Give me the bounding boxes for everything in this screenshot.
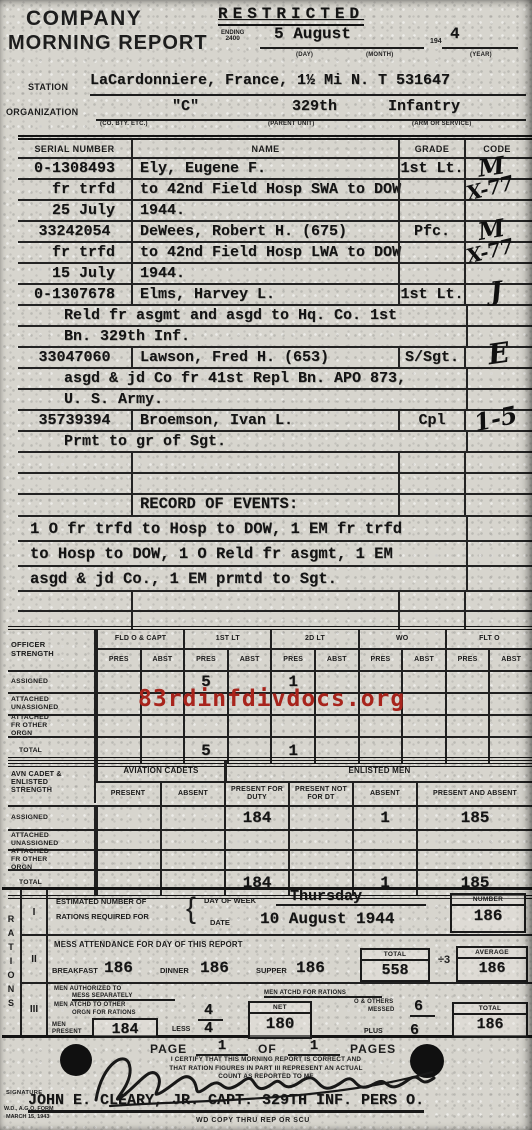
rations-row-mess-attendance: MESS ATTENDANCE FOR DAY OF THIS REPORT B…: [48, 936, 532, 984]
org-arm-value: Infantry: [388, 98, 460, 115]
grade-empty: [398, 201, 464, 220]
row-label: ASSIGNED: [11, 678, 48, 686]
others-messed-value: 6: [410, 998, 435, 1017]
average-box: AVERAGE 186: [456, 946, 528, 982]
col-present-and-absent: PRESENT AND ABSENT: [416, 783, 532, 805]
blank-cell: [466, 567, 530, 590]
row-label: ATTACHED UNASSIGNED: [11, 832, 57, 848]
dinner-value: 186: [200, 959, 229, 977]
breakfast-value: 186: [104, 959, 133, 977]
row-label: TOTAL: [11, 747, 42, 755]
officer-value: [445, 694, 489, 714]
officer-strength-label: OFFICER STRENGTH: [11, 641, 66, 658]
events-line-row: asgd & jd Co., 1 EM prmtd to Sgt.: [18, 567, 532, 592]
net-value: 180: [250, 1014, 310, 1033]
remarks-text: Prmt to gr of Sgt.: [18, 432, 466, 451]
header-grade: GRADE: [398, 140, 464, 157]
grade-empty: [398, 243, 464, 262]
blank-cell: [398, 592, 464, 610]
blank-cell: [398, 474, 464, 493]
others-messed-label-2: MESSED: [368, 1007, 395, 1013]
rations-section: RATIONS I II III ESTIMATED NUMBER OF RAT…: [2, 887, 532, 1038]
report-date-field: 5 August: [260, 25, 424, 49]
serial-number: 0-1308493: [18, 159, 133, 178]
code-cell: [466, 432, 530, 451]
officer-value: [401, 716, 445, 736]
enlisted-value: 184: [224, 807, 288, 829]
abst-label: ABST: [401, 650, 445, 670]
roster-row-remarks: Bn. 329th Inf.: [18, 327, 532, 348]
officer-value: [488, 672, 532, 692]
officer-value: [314, 716, 358, 736]
rations-date-value: 10 August 1944: [260, 910, 394, 928]
group-flt-o: FLT O: [447, 630, 532, 650]
officer-strength-corner: OFFICER STRENGTH: [8, 630, 96, 670]
rations-numeral-3: III: [22, 984, 46, 1035]
average-value: 186: [458, 959, 526, 977]
form-print-line-2: MARCH 15, 1943: [6, 1114, 49, 1120]
col-present-not-for-dt: PRESENT NOT FOR DT: [288, 783, 352, 805]
estimated-label-1: ESTIMATED NUMBER OF: [56, 897, 146, 906]
serial-number: 33047060: [18, 348, 133, 367]
enlisted-strength-table: AVN CADET & ENLISTED STRENGTH AVIATION C…: [8, 757, 532, 899]
ending-time: 2400: [221, 36, 244, 43]
enlisted-value: 185: [416, 807, 532, 829]
pres-label: PRES: [272, 650, 314, 670]
roster-row-entry: 35739394 Broemson, Ivan L. Cpl 1-5: [18, 411, 532, 432]
enlisted-value: [416, 851, 532, 869]
continuation-left: fr trfd: [18, 180, 133, 199]
roster-row-entry: 0-1307678 Elms, Harvey L. 1st Lt. J: [18, 285, 532, 306]
col-absent: ABSENT: [160, 783, 224, 805]
roster-row-remarks: U. S. Army.: [18, 390, 532, 411]
org-company-value: "C": [172, 98, 199, 115]
classification-stamp: RESTRICTED: [218, 5, 364, 26]
station-value: LaCardonniere, France, 1½ Mi N. T 531647: [90, 72, 450, 89]
officer-value: [140, 716, 184, 736]
officer-value: [401, 672, 445, 692]
code-cell: X-77: [464, 243, 528, 262]
atchd-other-label-2: ORGN FOR RATIONS: [72, 1010, 136, 1016]
estimated-label-2: RATIONS REQUIRED FOR: [56, 912, 149, 921]
blank-cell: [18, 453, 133, 472]
roster-row-remarks: Prmt to gr of Sgt.: [18, 432, 532, 453]
ending-label-block: ENDING 2400: [221, 30, 244, 43]
remarks-text: U. S. Army.: [18, 390, 466, 409]
continuation-text: to 42nd Field Hosp LWA to DOW: [133, 243, 398, 262]
organization-label: ORGANIZATION: [6, 107, 78, 117]
blank-cell: [133, 453, 398, 472]
abst-label: ABST: [227, 650, 271, 670]
auth-label-2: MESS SEPARATELY: [72, 993, 175, 1001]
row-label: ATTACHED FR OTHER ORGN: [11, 714, 57, 737]
org-arm-sublabel: (ARM OR SERVICE): [412, 121, 471, 127]
roster-row-blank: [18, 474, 532, 495]
enlisted-strength-label: AVN CADET & ENLISTED STRENGTH: [11, 770, 71, 795]
enlisted-value: [224, 831, 288, 849]
roster-row-entry: 33047060 Lawson, Fred H. (653) S/Sgt. E: [18, 348, 532, 369]
code-cell: 1-5: [464, 411, 528, 430]
abst-label: ABST: [314, 650, 358, 670]
enlisted-value: [288, 831, 352, 849]
enlisted-value: [96, 851, 160, 869]
officer-value: [227, 716, 271, 736]
less-label: LESS: [172, 1026, 190, 1033]
form-print-line-1: W.D., A.G.O. FORM: [4, 1106, 54, 1112]
soldier-name: Ely, Eugene F.: [133, 159, 398, 178]
blank-cell: [18, 495, 133, 515]
number-box: NUMBER 186: [450, 893, 526, 933]
serial-number: 35739394: [18, 411, 133, 430]
rations-total-box: TOTAL 186: [452, 1002, 528, 1038]
events-line: asgd & jd Co., 1 EM prmtd to Sgt.: [18, 567, 466, 590]
officer-value: [96, 672, 140, 692]
code-cell: X-77: [464, 180, 528, 199]
continuation-text: 1944.: [133, 201, 398, 220]
plus-label: PLUS: [364, 1028, 383, 1035]
group-aviation-cadets: AVIATION CADETS: [96, 761, 224, 781]
total-box: TOTAL 558: [360, 948, 430, 982]
officer-value: [270, 716, 314, 736]
enlisted-value: [288, 851, 352, 869]
year-field: 4: [442, 25, 518, 49]
number-label: NUMBER: [452, 895, 524, 906]
org-parent-value: 329th: [292, 98, 337, 115]
rations-numeral-2: II: [22, 936, 46, 984]
code-cell: [466, 306, 530, 325]
row-label: ATTACHED FR OTHER ORGN: [11, 848, 57, 871]
enlisted-value: [352, 831, 416, 849]
row-label: TOTAL: [11, 879, 42, 887]
grade: S/Sgt.: [398, 348, 464, 367]
morning-report-document: COMPANY MORNING REPORT RESTRICTED ENDING…: [0, 0, 532, 1130]
blank-cell: [18, 474, 133, 493]
roster-header-row: SERIAL NUMBER NAME GRADE CODE: [18, 140, 532, 159]
code-cell: [466, 369, 530, 388]
year-prefix: 194: [430, 38, 442, 45]
title-company: COMPANY: [26, 7, 142, 31]
mess-total-label: TOTAL: [362, 950, 428, 961]
enlisted-row-attached-fr-other: ATTACHED FR OTHER ORGN: [8, 851, 532, 871]
officer-value: [445, 672, 489, 692]
roster-table: SERIAL NUMBER NAME GRADE CODE 0-1308493 …: [18, 135, 532, 629]
blank-cell: [466, 542, 530, 565]
month-label: (MONTH): [366, 52, 393, 58]
events-line: 1 O fr trfd to Hosp to DOW, 1 EM fr trfd: [18, 517, 466, 540]
officer-value: [96, 716, 140, 736]
serial-number: 33242054: [18, 222, 133, 241]
atchd-other-value: 4: [198, 1002, 223, 1021]
officer-row-attached-fr-other: ATTACHED FR OTHER ORGN: [8, 716, 532, 738]
pres-label: PRES: [185, 650, 227, 670]
officer-value: [358, 716, 402, 736]
men-present-box: 184: [92, 1018, 158, 1038]
less-value: 4: [204, 1020, 213, 1037]
handwritten-code: E: [486, 339, 511, 370]
rations-vertical-label: RATIONS: [6, 914, 16, 1012]
officer-value: [488, 716, 532, 736]
enlisted-value: [224, 851, 288, 869]
enlisted-value: [96, 807, 160, 829]
code-cell: E: [464, 348, 528, 367]
roster-row-continuation: fr trfd to 42nd Field Hosp LWA to DOW X-…: [18, 243, 532, 264]
enlisted-value: [160, 831, 224, 849]
roster-row-continuation: 15 July 1944.: [18, 264, 532, 285]
record-of-events-title: RECORD OF EVENTS:: [133, 495, 398, 515]
pres-label: PRES: [447, 650, 489, 670]
grade: 1st Lt.: [398, 159, 464, 178]
roster-row-continuation: 25 July 1944.: [18, 201, 532, 222]
enlisted-value: [288, 807, 352, 829]
enlisted-value: [416, 831, 532, 849]
abst-label: ABST: [488, 650, 532, 670]
year-value: 4: [442, 25, 460, 43]
station-label: STATION: [28, 82, 68, 92]
blank-cell: [464, 495, 528, 515]
divisor: ÷3: [438, 954, 450, 966]
soldier-name: Lawson, Fred H. (653): [133, 348, 398, 367]
serial-number: 0-1307678: [18, 285, 133, 304]
officer-value: [445, 716, 489, 736]
group-wo: WO: [360, 630, 445, 650]
events-blank-row: [18, 592, 532, 612]
rations-row-men-messed: MEN AUTHORIZED TO MESS SEPARATELY MEN AT…: [48, 984, 532, 1035]
roster-row-blank: [18, 453, 532, 474]
mess-attendance-label: MESS ATTENDANCE FOR DAY OF THIS REPORT: [54, 940, 243, 949]
blank-cell: [466, 517, 530, 540]
grade-empty: [398, 180, 464, 199]
col-present: PRESENT: [96, 783, 160, 805]
code-cell: J: [464, 285, 528, 304]
record-of-events-title-row: RECORD OF EVENTS:: [18, 495, 532, 517]
events-line: to Hosp to DOW, 1 O Reld fr asgmt, 1 EM: [18, 542, 466, 565]
header-name: NAME: [133, 140, 398, 157]
net-box: NET 180: [248, 1001, 312, 1039]
average-label: AVERAGE: [458, 948, 526, 959]
row-label: ASSIGNED: [11, 814, 48, 822]
enlisted-row-assigned: ASSIGNED 184 1 185: [8, 807, 532, 831]
blank-cell: [133, 592, 398, 610]
officer-value: [488, 694, 532, 714]
roster-row-remarks: Reld fr asgmt and asgd to Hq. Co. 1st: [18, 306, 532, 327]
row-label: ATTACHED UNASSIGNED: [11, 696, 57, 712]
remarks-text: Bn. 329th Inf.: [18, 327, 466, 346]
grade-empty: [398, 264, 464, 283]
events-line-row: 1 O fr trfd to Hosp to DOW, 1 EM fr trfd: [18, 517, 532, 542]
plus-value: 6: [410, 1022, 419, 1039]
handwritten-code: J: [489, 278, 504, 305]
org-parent-sublabel: (PARENT UNIT): [268, 121, 314, 127]
grade: Cpl: [398, 411, 464, 430]
others-messed-label-1: O & OTHERS: [354, 999, 393, 1005]
day-of-week-label: DAY OF WEEK: [204, 896, 256, 905]
men-present-label: MEN PRESENT: [52, 1022, 88, 1036]
rations-row-estimated: ESTIMATED NUMBER OF RATIONS REQUIRED FOR…: [48, 890, 532, 936]
enlisted-value: [96, 831, 160, 849]
rations-numeral-1: I: [22, 890, 46, 936]
rations-total-value: 186: [454, 1015, 526, 1033]
roster-row-entry: 33242054 DeWees, Robert H. (675) Pfc. M: [18, 222, 532, 243]
day-underline: [276, 890, 426, 906]
atchd-other-label-1: MEN ATCHD TO OTHER: [54, 1002, 126, 1008]
supper-label: SUPPER: [256, 966, 287, 975]
events-line-row: to Hosp to DOW, 1 O Reld fr asgmt, 1 EM: [18, 542, 532, 567]
enlisted-row-attached-unassigned: ATTACHED UNASSIGNED: [8, 831, 532, 851]
roster-row-entry: 0-1308493 Ely, Eugene F. 1st Lt. M: [18, 159, 532, 180]
header-serial-number: SERIAL NUMBER: [18, 140, 133, 157]
auth-label-1: MEN AUTHORIZED TO: [54, 986, 121, 992]
number-value: 186: [452, 906, 524, 925]
blank-cell: [398, 453, 464, 472]
soldier-name: Elms, Harvey L.: [133, 285, 398, 304]
col-present-for-duty: PRESENT FOR DUTY: [224, 783, 288, 805]
roster-row-continuation: fr trfd to 42nd Field Hosp SWA to DOW X-…: [18, 180, 532, 201]
blank-cell: [18, 592, 133, 610]
blank-cell: [464, 453, 528, 472]
net-label: NET: [250, 1003, 310, 1014]
mess-total-value: 558: [362, 961, 428, 979]
enlisted-value: 1: [352, 807, 416, 829]
enlisted-value: [160, 807, 224, 829]
men-present-value: 184: [111, 1021, 138, 1038]
blank-cell: [464, 474, 528, 493]
blank-cell: [398, 495, 464, 515]
continuation-left: fr trfd: [18, 243, 133, 262]
watermark-text: 83rdinfdivdocs.org: [138, 686, 405, 712]
blank-cell: [464, 592, 528, 610]
blank-cell: [133, 474, 398, 493]
grade: Pfc.: [398, 222, 464, 241]
enlisted-value: [160, 851, 224, 869]
continuation-text: 1944.: [133, 264, 398, 283]
continuation-left: 15 July: [18, 264, 133, 283]
breakfast-label: BREAKFAST: [52, 966, 98, 975]
report-date-value: 5 August: [260, 25, 351, 43]
title-morning-report: MORNING REPORT: [8, 32, 208, 55]
supper-value: 186: [296, 959, 325, 977]
date-label: DATE: [210, 918, 230, 927]
bottom-distribution-note: WD COPY THRU REP OR SCU: [196, 1117, 310, 1124]
group-2d-lt: 2D LT: [272, 630, 357, 650]
group-1st-lt: 1ST LT: [185, 630, 270, 650]
pres-label: PRES: [360, 650, 402, 670]
day-label: (DAY): [296, 52, 313, 58]
pres-label: PRES: [98, 650, 140, 670]
continuation-left: 25 July: [18, 201, 133, 220]
roster-row-remarks: asgd & jd Co fr 41st Repl Bn. APO 873,: [18, 369, 532, 390]
year-label: (YEAR): [470, 52, 492, 58]
officer-value: [401, 694, 445, 714]
atchd-for-rations-label: MEN ATCHD FOR RATIONS: [264, 990, 382, 998]
grade: 1st Lt.: [398, 285, 464, 304]
station-field: LaCardonniere, France, 1½ Mi N. T 531647: [90, 71, 526, 96]
enlisted-strength-corner: AVN CADET & ENLISTED STRENGTH: [8, 761, 96, 803]
soldier-name: DeWees, Robert H. (675): [133, 222, 398, 241]
remarks-text: asgd & jd Co fr 41st Repl Bn. APO 873,: [18, 369, 466, 388]
group-fldo-capt: FLD O & CAPT: [98, 630, 183, 650]
enlisted-value: [352, 851, 416, 869]
abst-label: ABST: [140, 650, 184, 670]
signature: [80, 1046, 450, 1110]
continuation-text: to 42nd Field Hosp SWA to DOW: [133, 180, 398, 199]
org-company-sublabel: (CO. BTY. ETC.): [100, 121, 148, 127]
soldier-name: Broemson, Ivan L.: [133, 411, 398, 430]
brace-glyph: {: [186, 892, 196, 926]
remarks-text: Reld fr asgmt and asgd to Hq. Co. 1st: [18, 306, 466, 325]
rations-total-label: TOTAL: [454, 1004, 526, 1015]
officer-value: [96, 694, 140, 714]
col-absent-2: ABSENT: [352, 783, 416, 805]
officer-value: [183, 716, 227, 736]
handwritten-code: 1-5: [472, 403, 519, 435]
group-enlisted-men: ENLISTED MEN: [224, 761, 532, 781]
dinner-label: DINNER: [160, 966, 189, 975]
